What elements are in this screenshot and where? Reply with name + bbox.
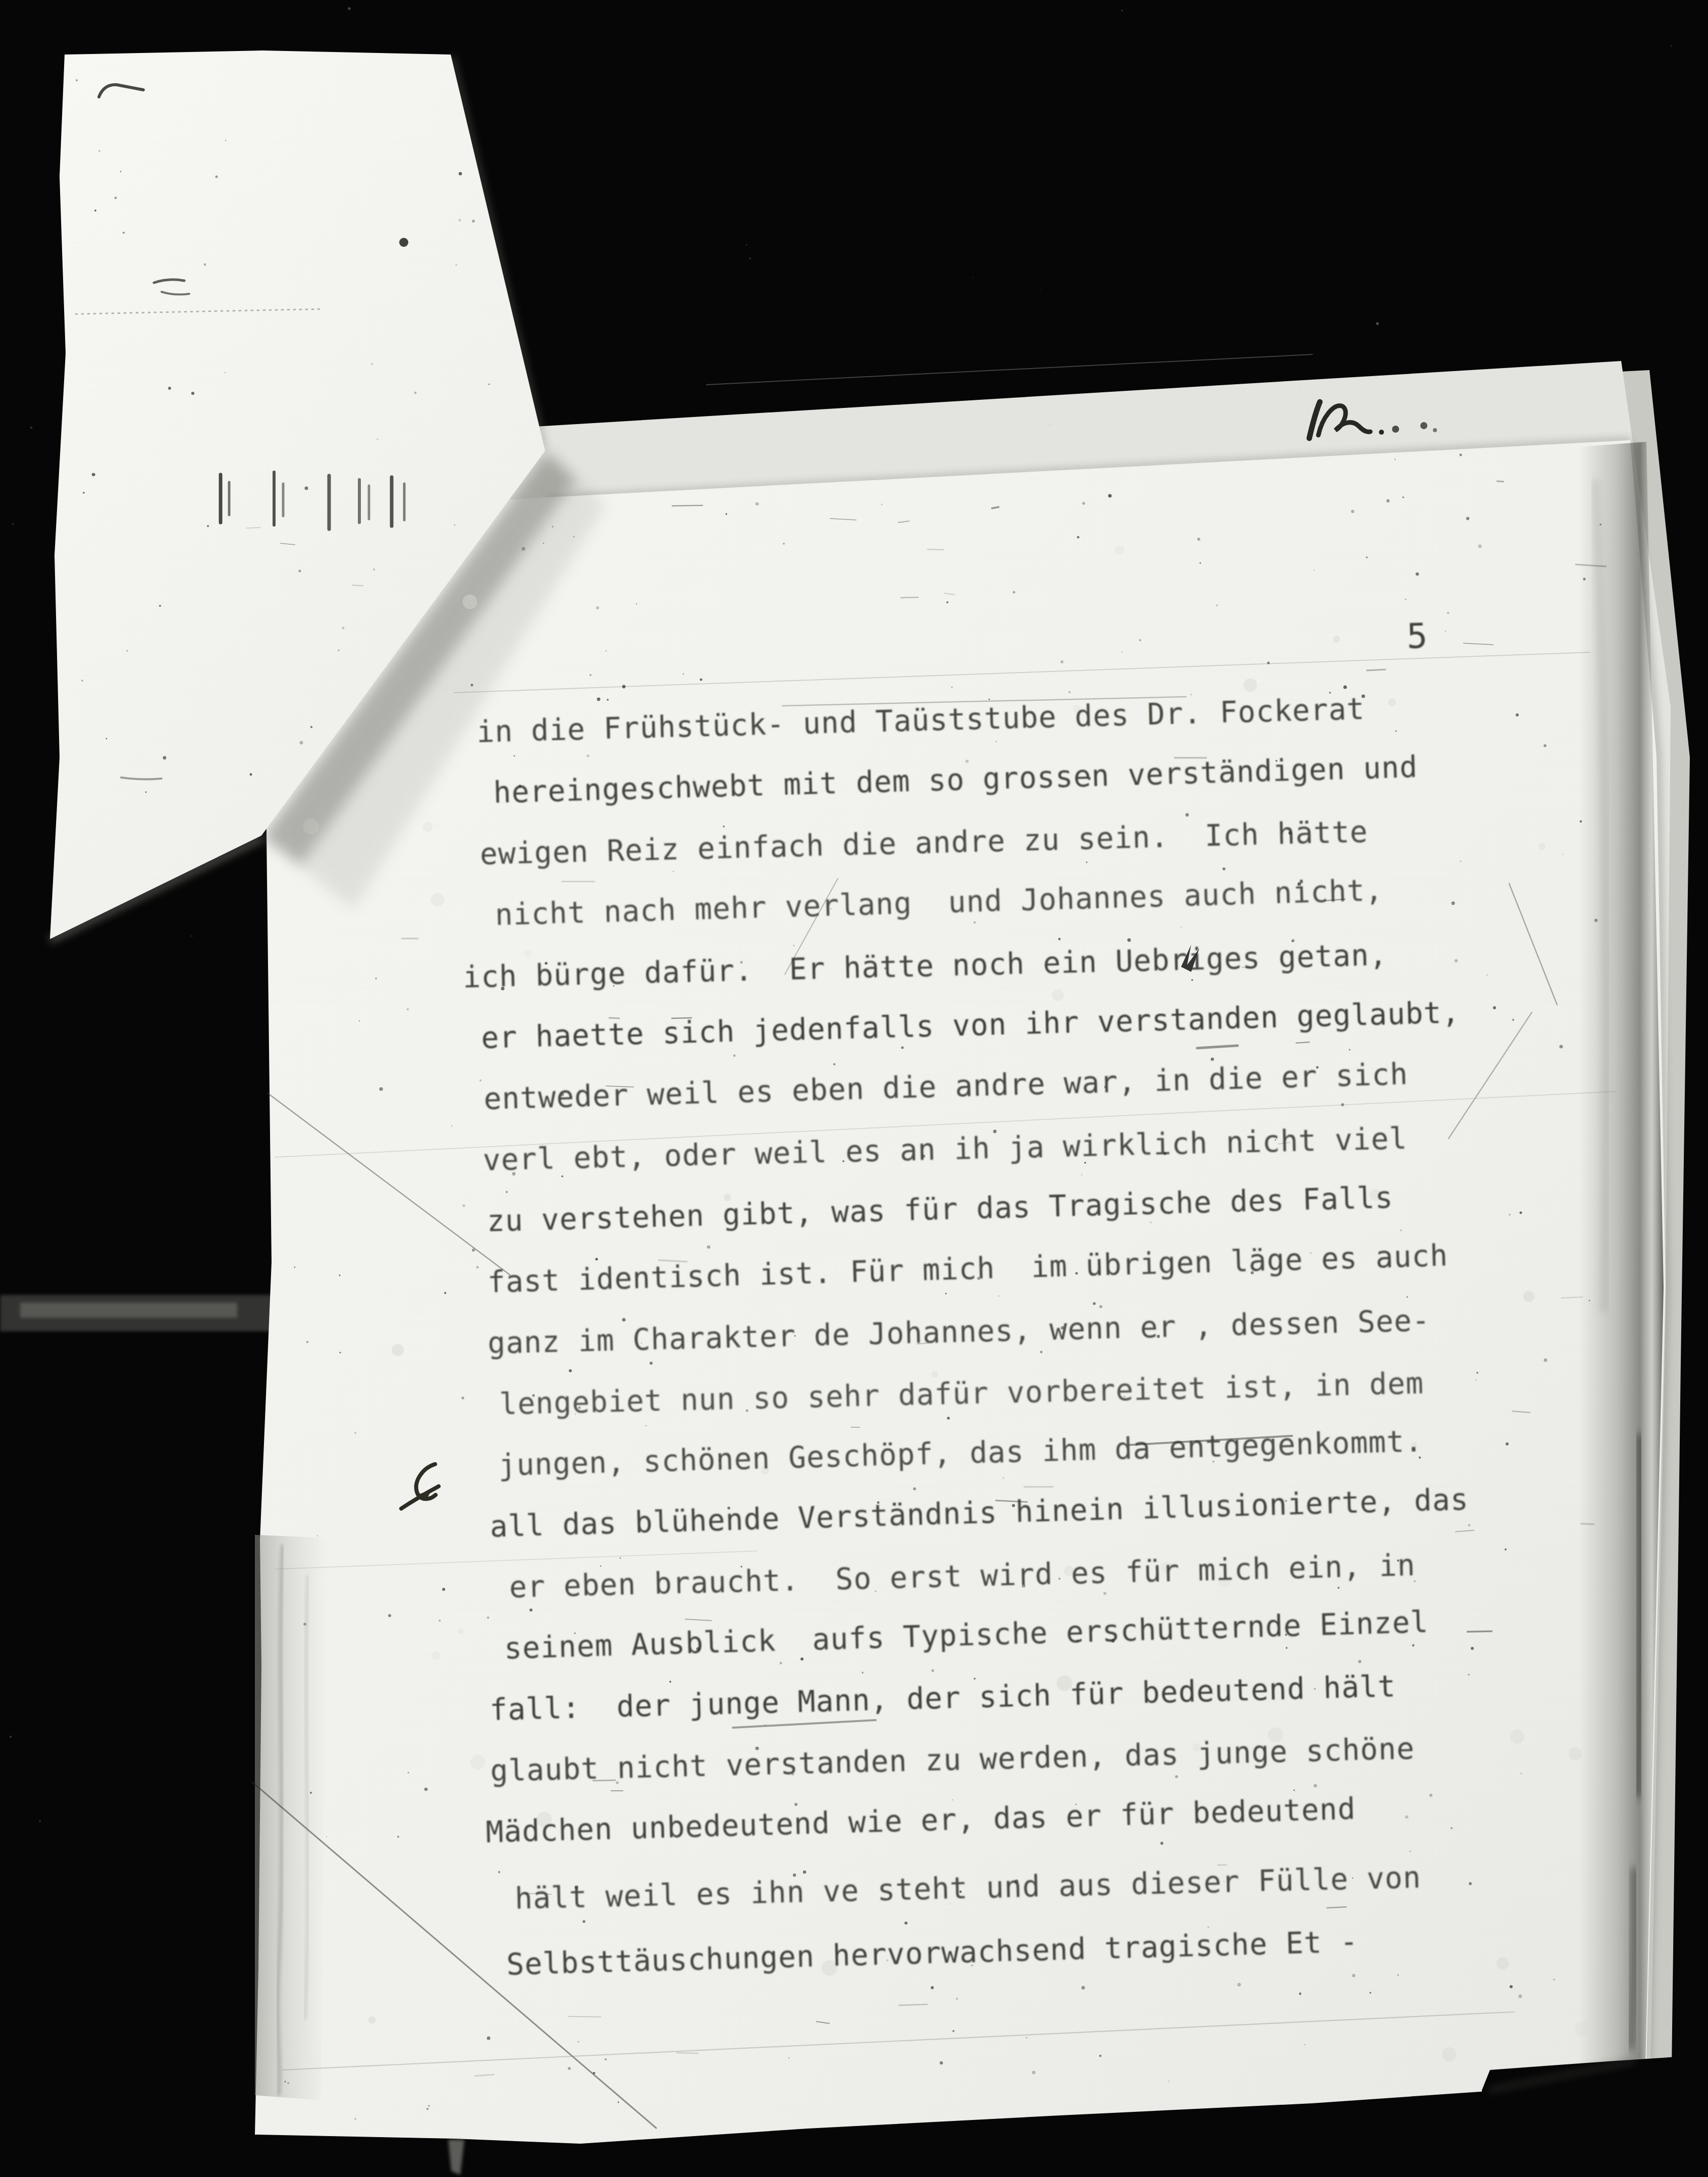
film-speck xyxy=(506,1191,508,1193)
film-speck xyxy=(342,627,345,630)
film-speck xyxy=(650,1362,653,1365)
film-speck xyxy=(455,264,457,266)
bottom-right-shadow xyxy=(1482,2055,1708,2177)
film-speck xyxy=(451,1125,452,1126)
film-speck xyxy=(352,585,363,586)
film-speck xyxy=(1013,591,1016,594)
film-speck xyxy=(1238,1983,1241,1987)
film-speck xyxy=(407,1772,409,1773)
film-speck xyxy=(1553,1979,1555,1981)
film-speck xyxy=(622,1318,626,1322)
film-speck xyxy=(1405,1816,1409,1819)
film-speck xyxy=(397,1836,399,1838)
film-speck xyxy=(1468,1674,1469,1675)
film-speck xyxy=(1077,536,1080,539)
film-speck xyxy=(1497,1957,1509,1970)
film-speck xyxy=(1207,1926,1209,1928)
film-speck xyxy=(683,673,684,675)
film-speck xyxy=(300,741,303,745)
film-speck xyxy=(646,1425,647,1427)
film-speck xyxy=(1562,854,1563,855)
film-speck xyxy=(783,543,785,545)
film-speck xyxy=(76,79,78,81)
film-speck xyxy=(1521,1773,1522,1775)
film-speck xyxy=(723,825,725,827)
film-speck xyxy=(940,2061,943,2064)
film-speck xyxy=(1049,424,1052,426)
film-speck xyxy=(1468,1524,1471,1527)
film-speck xyxy=(952,1799,953,1800)
film-speck xyxy=(299,570,301,573)
film-speck xyxy=(488,383,490,385)
film-speck xyxy=(1304,2044,1306,2046)
film-speck xyxy=(479,1079,482,1081)
film-speck xyxy=(596,606,599,609)
scanned-typescript-page: 5 in die Frühstück- und Taüststube des D… xyxy=(0,0,1708,2177)
film-speck xyxy=(354,1432,356,1434)
film-speck xyxy=(1314,569,1315,571)
film-speck xyxy=(605,2058,607,2060)
film-speck xyxy=(552,526,554,528)
film-speck xyxy=(931,1986,934,1989)
film-speck xyxy=(498,1871,501,1874)
film-speck xyxy=(98,150,100,152)
film-speck xyxy=(593,2072,596,2075)
film-speck xyxy=(1341,1103,1344,1106)
film-speck xyxy=(951,687,953,688)
film-speck xyxy=(524,950,532,958)
film-speck xyxy=(168,387,171,390)
film-speck xyxy=(1128,939,1131,942)
film-speck xyxy=(284,2081,286,2083)
film-speck xyxy=(595,1258,598,1260)
handwritten-dot xyxy=(1420,422,1427,429)
film-speck xyxy=(582,1920,585,1923)
film-speck xyxy=(310,726,312,728)
film-speck xyxy=(1150,1222,1152,1223)
film-speck xyxy=(1366,669,1386,670)
film-speck xyxy=(1103,1592,1106,1595)
film-speck xyxy=(472,220,475,223)
film-speck xyxy=(12,523,14,525)
film-speck xyxy=(794,1803,797,1806)
film-speck xyxy=(793,945,795,947)
film-speck xyxy=(1402,496,1404,498)
film-speck xyxy=(1460,860,1461,862)
film-speck xyxy=(1122,651,1123,652)
film-speck xyxy=(780,1662,782,1665)
film-speck xyxy=(317,1535,318,1536)
film-speck xyxy=(1512,1019,1514,1021)
film-speck xyxy=(145,792,147,793)
film-speck xyxy=(106,738,108,740)
film-speck xyxy=(1060,660,1063,663)
film-speck xyxy=(126,650,128,651)
film-speck xyxy=(1069,691,1071,693)
film-speck xyxy=(294,1267,296,1268)
film-speck xyxy=(1575,2022,1590,2037)
film-speck xyxy=(618,2102,619,2103)
film-speck xyxy=(30,427,33,429)
film-speck xyxy=(700,678,702,681)
film-speck xyxy=(407,1008,409,1010)
film-speck xyxy=(1082,1986,1085,1990)
film-speck xyxy=(1121,10,1123,12)
film-speck xyxy=(1032,2071,1036,2075)
film-speck xyxy=(1300,389,1302,391)
film-speck xyxy=(569,1369,572,1372)
film-speck xyxy=(368,2016,376,2024)
film-speck xyxy=(83,492,84,493)
film-speck xyxy=(1099,2055,1102,2057)
film-speck xyxy=(1580,820,1582,823)
film-speck xyxy=(1040,1351,1043,1354)
film-speck xyxy=(340,1352,341,1354)
film-speck xyxy=(1351,510,1354,513)
film-speck xyxy=(461,1396,464,1399)
film-speck xyxy=(339,1275,341,1276)
film-speck xyxy=(733,1055,736,1057)
film-speck xyxy=(1486,974,1487,975)
film-speck xyxy=(1599,524,1602,526)
film-speck xyxy=(1452,902,1455,905)
page-curl-shadow xyxy=(1579,442,1664,2069)
film-speck xyxy=(225,140,227,141)
film-speck xyxy=(1497,481,1504,482)
film-speck xyxy=(1516,713,1519,716)
film-speck xyxy=(81,680,83,682)
film-speck xyxy=(1386,499,1390,502)
film-speck xyxy=(1589,1300,1590,1302)
film-speck xyxy=(1286,1647,1287,1648)
film-speck xyxy=(326,1836,327,1837)
film-speck xyxy=(904,1922,908,1925)
film-speck xyxy=(1026,2037,1027,2038)
film-speck xyxy=(586,754,589,757)
film-speck xyxy=(215,175,218,178)
film-speck xyxy=(1475,1379,1477,1381)
film-speck xyxy=(1466,517,1469,520)
film-speck xyxy=(454,525,455,526)
film-speck xyxy=(1412,1644,1415,1647)
film-speck xyxy=(1052,989,1063,1001)
film-speck xyxy=(568,2016,601,2017)
film-speck xyxy=(1400,1229,1402,1231)
film-speck xyxy=(191,935,193,937)
film-speck xyxy=(163,756,167,760)
film-speck xyxy=(431,893,445,907)
film-speck xyxy=(1181,926,1182,927)
film-speck xyxy=(1581,1524,1594,1524)
film-speck xyxy=(1086,861,1088,863)
film-speck xyxy=(1478,544,1481,548)
film-speck xyxy=(1519,1995,1522,1998)
film-speck xyxy=(973,277,974,279)
film-speck xyxy=(303,818,318,834)
film-speck xyxy=(746,244,747,245)
film-speck xyxy=(1543,744,1546,747)
film-speck xyxy=(1460,454,1462,456)
film-speck xyxy=(458,1628,463,1634)
film-speck xyxy=(568,2067,571,2070)
film-speck xyxy=(1299,1993,1302,1995)
film-speck xyxy=(375,977,377,979)
film-speck xyxy=(1523,1291,1534,1302)
film-speck xyxy=(1506,1442,1509,1445)
film-speck xyxy=(1559,1045,1563,1048)
film-speck xyxy=(432,1652,440,1661)
film-speck xyxy=(1520,1212,1522,1214)
film-speck xyxy=(749,257,751,259)
film-speck xyxy=(1594,919,1597,922)
film-speck xyxy=(470,1754,486,1770)
film-speck xyxy=(204,264,206,266)
film-speck xyxy=(439,1620,441,1622)
film-speck xyxy=(1407,1297,1408,1298)
film-speck xyxy=(996,741,997,742)
film-speck xyxy=(947,1417,950,1420)
film-speck xyxy=(1366,556,1368,558)
film-speck xyxy=(573,536,575,538)
film-speck xyxy=(833,1063,835,1065)
archival-scan: 5 in die Frühstück- und Taüststube des D… xyxy=(0,0,1708,2177)
film-speck xyxy=(881,503,882,505)
film-speck xyxy=(974,921,976,924)
film-speck xyxy=(92,473,95,476)
film-speck xyxy=(1175,1775,1178,1778)
film-speck xyxy=(946,601,948,603)
film-speck xyxy=(800,1657,804,1661)
film-speck xyxy=(913,1487,916,1490)
film-speck xyxy=(463,595,477,609)
film-speck xyxy=(459,172,462,176)
film-speck xyxy=(1099,1305,1102,1308)
film-speck xyxy=(444,1292,446,1294)
film-speck xyxy=(388,1614,391,1617)
film-speck xyxy=(1191,694,1192,696)
film-speck xyxy=(1082,502,1085,505)
film-speck xyxy=(636,603,637,604)
film-speck xyxy=(974,1678,976,1680)
film-speck xyxy=(989,699,990,700)
film-speck xyxy=(927,549,944,550)
film-speck xyxy=(1108,494,1112,498)
film-speck xyxy=(373,568,375,571)
film-smear xyxy=(20,1303,237,1318)
film-speck xyxy=(1211,1058,1214,1061)
film-speck xyxy=(932,1371,938,1378)
film-speck xyxy=(1405,599,1407,600)
film-speck xyxy=(392,1344,404,1356)
film-speck xyxy=(303,1623,306,1626)
film-speck xyxy=(39,1820,41,1822)
film-speck xyxy=(1510,1985,1513,1988)
film-speck xyxy=(207,525,209,528)
film-speck xyxy=(191,392,194,395)
film-speck xyxy=(476,1266,479,1269)
film-speck xyxy=(377,439,379,440)
film-speck xyxy=(1429,1794,1432,1797)
film-speck xyxy=(1376,322,1379,325)
film-speck xyxy=(756,502,759,506)
film-speck xyxy=(901,1046,903,1049)
film-speck xyxy=(1442,2047,1456,2061)
film-speck xyxy=(225,372,226,374)
film-speck xyxy=(338,649,339,651)
film-speck xyxy=(1670,45,1672,47)
film-speck xyxy=(1666,1571,1668,1573)
film-speck xyxy=(998,1295,1000,1297)
film-speck xyxy=(788,2057,789,2058)
film-speck xyxy=(159,605,161,607)
film-speck xyxy=(1623,1246,1626,1249)
film-speck xyxy=(1003,1477,1004,1479)
film-speck xyxy=(428,2105,430,2106)
film-speck xyxy=(246,528,260,528)
film-speck xyxy=(600,1566,602,1567)
film-speck xyxy=(379,1087,383,1091)
film-speck xyxy=(529,1609,532,1612)
film-speck xyxy=(952,2030,954,2032)
film-speck xyxy=(354,2118,356,2120)
film-speck xyxy=(522,547,525,551)
film-speck xyxy=(1222,867,1225,870)
film-speck xyxy=(305,487,308,490)
film-speck xyxy=(1093,1302,1096,1305)
film-speck xyxy=(426,2108,429,2110)
film-speck xyxy=(1186,813,1189,817)
film-speck xyxy=(1467,1631,1492,1632)
film-speck xyxy=(1445,631,1446,632)
film-speck xyxy=(1040,289,1041,290)
handwritten-dot xyxy=(1433,428,1437,432)
film-speck xyxy=(1583,578,1585,580)
film-speck xyxy=(1058,938,1061,941)
film-speck xyxy=(931,1669,934,1672)
film-speck xyxy=(620,1558,621,1559)
film-speck xyxy=(1416,573,1419,576)
page-number: 5 xyxy=(1406,616,1428,657)
film-speck xyxy=(1267,662,1270,664)
handwritten-dot xyxy=(1379,430,1384,435)
film-speck xyxy=(673,871,674,872)
film-speck xyxy=(676,2053,699,2053)
film-speck xyxy=(1314,1784,1317,1788)
film-speck xyxy=(1493,1006,1496,1009)
film-speck xyxy=(310,1792,312,1794)
film-speck xyxy=(123,232,125,234)
film-speck xyxy=(1451,1827,1453,1829)
film-speck xyxy=(1471,1647,1474,1650)
film-speck xyxy=(471,684,473,687)
film-speck xyxy=(1244,679,1257,692)
film-speck xyxy=(1369,1992,1371,1994)
film-speck xyxy=(1410,1851,1411,1852)
film-speck xyxy=(422,822,433,832)
film-speck xyxy=(10,1736,12,1738)
film-speck xyxy=(900,597,919,598)
film-speck xyxy=(250,773,252,776)
page-crumple-band xyxy=(255,1535,327,2100)
curl-dark-streak xyxy=(1637,1434,1640,1797)
film-speck xyxy=(487,1617,489,1619)
film-speck xyxy=(1397,1974,1399,1976)
film-speck xyxy=(306,1341,308,1343)
film-speck xyxy=(669,1681,671,1683)
film-speck xyxy=(1469,1882,1472,1885)
handwritten-dot xyxy=(1392,426,1399,433)
film-speck xyxy=(1160,1842,1163,1845)
film-speck xyxy=(1168,2081,1169,2082)
film-speck xyxy=(514,755,515,757)
film-speck xyxy=(115,197,117,199)
film-speck xyxy=(956,1998,958,2000)
film-speck xyxy=(1476,1372,1478,1374)
film-speck xyxy=(424,1788,428,1791)
film-speck xyxy=(1544,1359,1547,1362)
film-speck xyxy=(765,1725,766,1726)
film-speck xyxy=(1510,1730,1524,1744)
film-speck xyxy=(1294,1790,1295,1791)
film-speck xyxy=(622,685,626,689)
film-speck xyxy=(1569,1747,1582,1760)
film-speck xyxy=(442,1588,445,1591)
film-speck xyxy=(672,505,703,506)
film-speck xyxy=(605,650,607,651)
film-speck xyxy=(561,1175,563,1177)
film-speck xyxy=(543,543,545,544)
film-speck xyxy=(1447,612,1449,614)
film-speck xyxy=(1199,562,1201,563)
film-speck xyxy=(1352,1974,1355,1977)
film-speck xyxy=(1388,698,1396,706)
film-speck xyxy=(1333,636,1340,643)
film-speck xyxy=(597,698,601,701)
film-speck xyxy=(287,2082,289,2084)
film-speck xyxy=(1505,1548,1507,1550)
film-speck xyxy=(94,210,96,212)
film-speck xyxy=(1081,1174,1083,1176)
film-speck xyxy=(348,7,351,10)
film-speck xyxy=(1455,959,1458,963)
film-speck xyxy=(462,1204,465,1207)
film-speck xyxy=(945,1293,947,1294)
film-speck xyxy=(487,2037,491,2040)
film-speck xyxy=(577,2041,579,2042)
film-speck xyxy=(371,363,373,365)
film-speck xyxy=(414,392,416,394)
film-speck xyxy=(862,1672,863,1673)
film-speck xyxy=(1349,1049,1351,1051)
film-speck xyxy=(1197,538,1200,541)
film-speck xyxy=(707,1246,711,1249)
film-speck xyxy=(472,1249,475,1252)
film-speck xyxy=(803,1871,806,1874)
film-speck xyxy=(1114,545,1124,555)
film-speck xyxy=(120,171,121,172)
film-speck xyxy=(1509,1214,1511,1216)
film-speck xyxy=(1191,979,1193,981)
film-speck xyxy=(1139,639,1141,641)
film-speck xyxy=(1338,1587,1340,1589)
film-speck xyxy=(1344,686,1347,689)
film-speck xyxy=(1216,604,1218,606)
film-speck xyxy=(1395,459,1396,460)
film-speck xyxy=(725,513,727,514)
film-speck xyxy=(1396,731,1397,732)
film-speck xyxy=(1538,843,1545,850)
film-speck xyxy=(359,1020,360,1021)
